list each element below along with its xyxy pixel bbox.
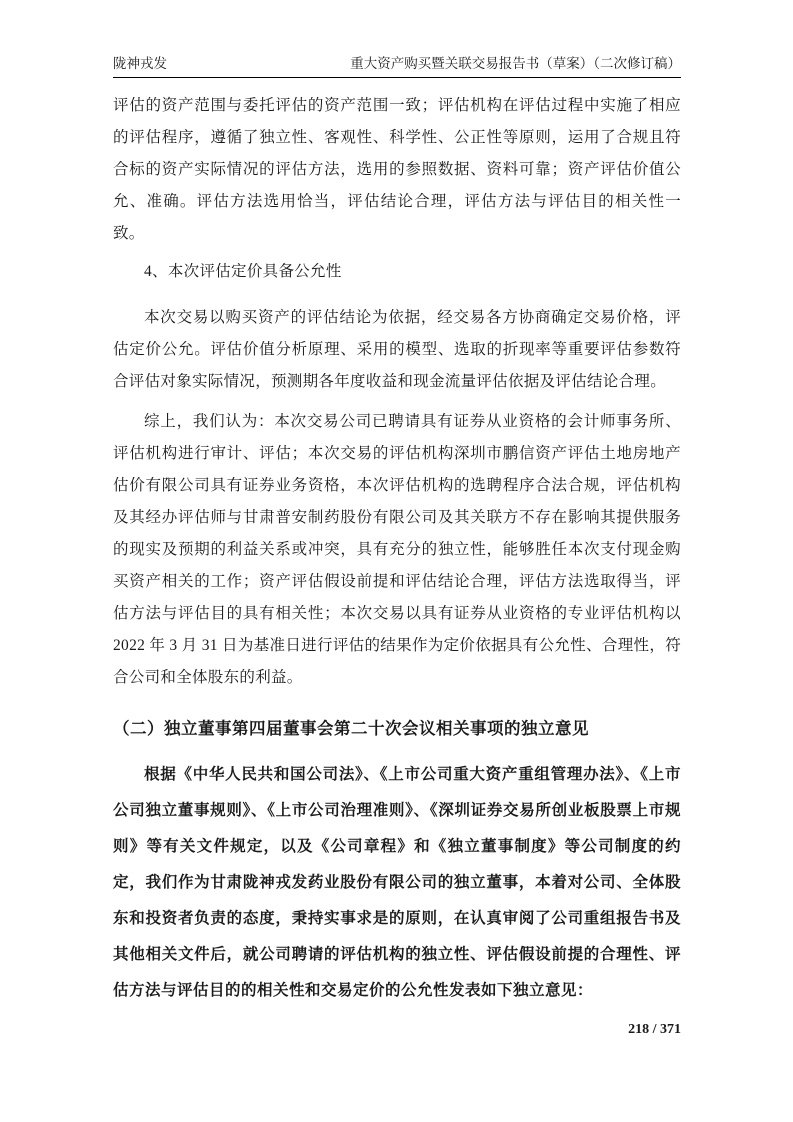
paragraph-evaluation-scope: 评估的资产范围与委托评估的资产范围一致；评估机构在评估过程中实施了相应的评估程序… [113, 90, 681, 250]
page-header: 陇神戎发 重大资产购买暨关联交易报告书（草案）（二次修订稿） [113, 0, 681, 78]
header-report-title: 重大资产购买暨关联交易报告书（草案）（二次修订稿） [350, 56, 681, 72]
document-page: 陇神戎发 重大资产购买暨关联交易报告书（草案）（二次修订稿） 评估的资产范围与委… [0, 0, 793, 1122]
header-company-name: 陇神戎发 [113, 56, 167, 72]
item-4-heading: 4、本次评估定价具备公允性 [113, 256, 681, 288]
section-heading-independent-directors-opinion: （二）独立董事第四届董事会第二十次会议相关事项的独立意见 [113, 716, 681, 742]
footer-page-number: 218 / 371 [628, 1022, 681, 1038]
paragraph-pricing-fairness: 本次交易以购买资产的评估结论为依据，经交易各方协商确定交易价格，评估定价公允。评… [113, 302, 681, 398]
paragraph-conclusion: 综上，我们认为：本次交易公司已聘请具有证券从业资格的会计师事务所、评估机构进行审… [113, 406, 681, 694]
paragraph-independent-directors-basis: 根据《中华人民共和国公司法》、《上市公司重大资产重组管理办法》、《上市公司独立董… [113, 757, 681, 1009]
